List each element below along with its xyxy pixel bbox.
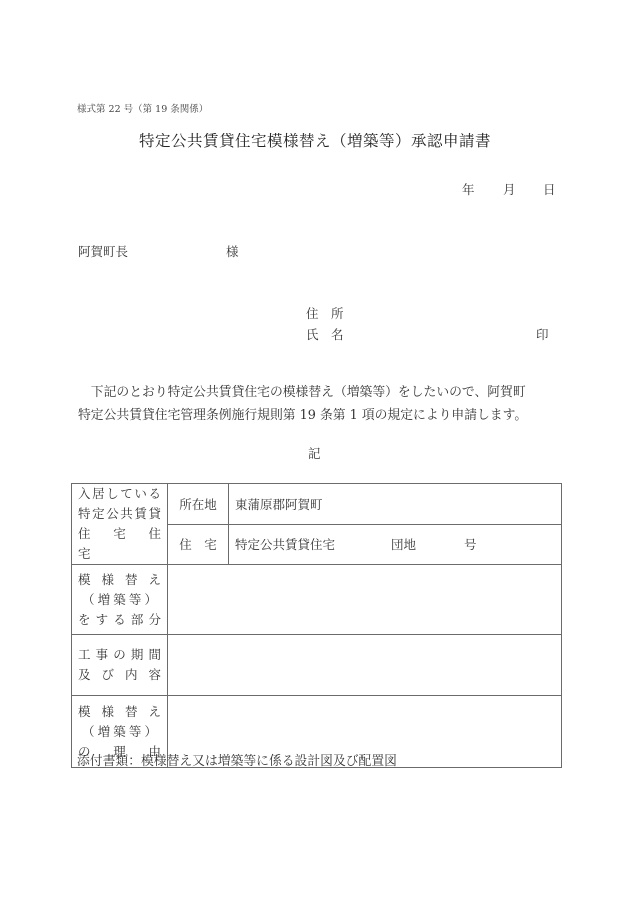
residence-label: 入居している 特定公共賃貸 住 宅 住 宅 bbox=[72, 484, 168, 565]
seal-mark: 印 bbox=[536, 325, 549, 343]
part-label-line: をする部分 bbox=[78, 610, 161, 630]
date-day-label: 日 bbox=[543, 180, 556, 198]
applicant-name-label: 氏 名 bbox=[306, 325, 344, 343]
housing-label: 住 宅 bbox=[168, 524, 229, 565]
body-line-1: 下記のとおり特定公共賃貸住宅の模様替え（増築等）をしたいので、阿賀町 bbox=[78, 381, 527, 404]
residence-label-line: 住 宅 住 宅 bbox=[78, 524, 161, 564]
housing-value: 特定公共賃貸住宅 bbox=[235, 537, 335, 552]
housing-value-cell[interactable]: 特定公共賃貸住宅 団地 号 bbox=[229, 524, 562, 565]
body-paragraph: 下記のとおり特定公共賃貸住宅の模様替え（増築等）をしたいので、阿賀町 特定公共賃… bbox=[78, 381, 527, 427]
addressee-honorific: 様 bbox=[226, 242, 239, 260]
reason-label-line: （増築等） bbox=[78, 722, 161, 742]
application-table: 入居している 特定公共賃貸 住 宅 住 宅 所在地 東蒲原郡阿賀町 住 宅 特定… bbox=[71, 483, 562, 768]
date-month-label: 月 bbox=[503, 180, 516, 198]
danchi-label: 団地 bbox=[391, 537, 416, 552]
part-label-line: 模様替え bbox=[78, 570, 161, 590]
date-year-label: 年 bbox=[462, 180, 475, 198]
period-label-line: 工事の期間 bbox=[78, 645, 161, 665]
part-value[interactable] bbox=[168, 565, 562, 635]
location-label: 所在地 bbox=[168, 484, 229, 525]
ki-heading: 記 bbox=[308, 444, 321, 462]
period-value[interactable] bbox=[168, 635, 562, 696]
reason-label-line: 模様替え bbox=[78, 702, 161, 722]
form-number: 様式第 22 号（第 19 条関係） bbox=[77, 101, 208, 115]
addressee-name: 阿賀町長 bbox=[78, 242, 128, 260]
attachments-note: 添付書類：模様替え又は増築等に係る設計図及び配置図 bbox=[77, 750, 397, 769]
document-title: 特定公共賃貸住宅模様替え（増築等）承認申請書 bbox=[0, 129, 630, 151]
part-label-line: （増築等） bbox=[78, 590, 161, 610]
period-label: 工事の期間 及び内容 bbox=[72, 635, 168, 696]
body-line-2: 特定公共賃貸住宅管理条例施行規則第 19 条第 1 項の規定により申請します。 bbox=[78, 404, 527, 427]
residence-label-line: 特定公共賃貸 bbox=[78, 504, 161, 524]
location-value[interactable]: 東蒲原郡阿賀町 bbox=[229, 484, 562, 525]
part-label: 模様替え （増築等） をする部分 bbox=[72, 565, 168, 635]
residence-label-line: 入居している bbox=[78, 484, 161, 504]
applicant-address-label: 住 所 bbox=[306, 304, 344, 322]
period-label-line: 及び内容 bbox=[78, 665, 161, 685]
number-label: 号 bbox=[464, 537, 477, 552]
